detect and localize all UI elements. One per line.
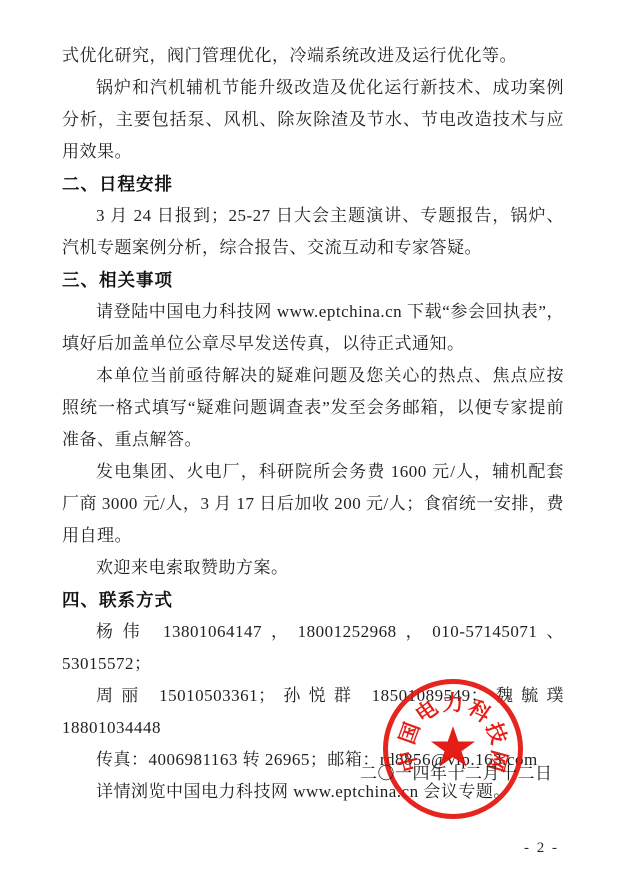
body-paragraph-questionnaire: 本单位当前亟待解决的疑难问题及您关心的热点、焦点应按照统一格式填写“疑难问题调查… [62, 360, 564, 456]
seal-character: 力 [441, 691, 465, 715]
section-heading-related: 三、相关事项 [62, 264, 564, 296]
section-heading-schedule: 二、日程安排 [62, 168, 564, 200]
body-paragraph-boiler-turbine: 锅炉和汽机辅机节能升级改造及优化运行新技术、成功案例分析，主要包括泵、风机、除灰… [62, 72, 564, 168]
document-page: 式优化研究，阀门管理优化，冷端系统改进及运行优化等。 锅炉和汽机辅机节能升级改造… [0, 0, 625, 883]
body-paragraph-schedule: 3 月 24 日报到；25-27 日大会主题演讲、专题报告，锅炉、汽机专题案例分… [62, 200, 564, 264]
official-seal: 中 国 电 力 科 技 网 [383, 679, 523, 819]
body-paragraph-continued: 式优化研究，阀门管理优化，冷端系统改进及运行优化等。 [62, 40, 564, 72]
body-paragraph-sponsorship: 欢迎来电索取赞助方案。 [62, 552, 564, 584]
body-paragraph-fees: 发电集团、火电厂，科研院所会务费 1600 元/人，辅机配套厂商 3000 元/… [62, 456, 564, 552]
document-date: 二〇一四年十二月十二日 [360, 759, 553, 784]
page-number: - 2 - [524, 840, 559, 857]
body-paragraph-registration: 请登陆中国电力科技网 www.eptchina.cn 下载“参会回执表”，填好后… [62, 296, 564, 360]
contact-line-yangwei: 杨伟 13801064147，18001252968，010-57145071、… [62, 616, 564, 680]
section-heading-contact: 四、联系方式 [62, 584, 564, 616]
